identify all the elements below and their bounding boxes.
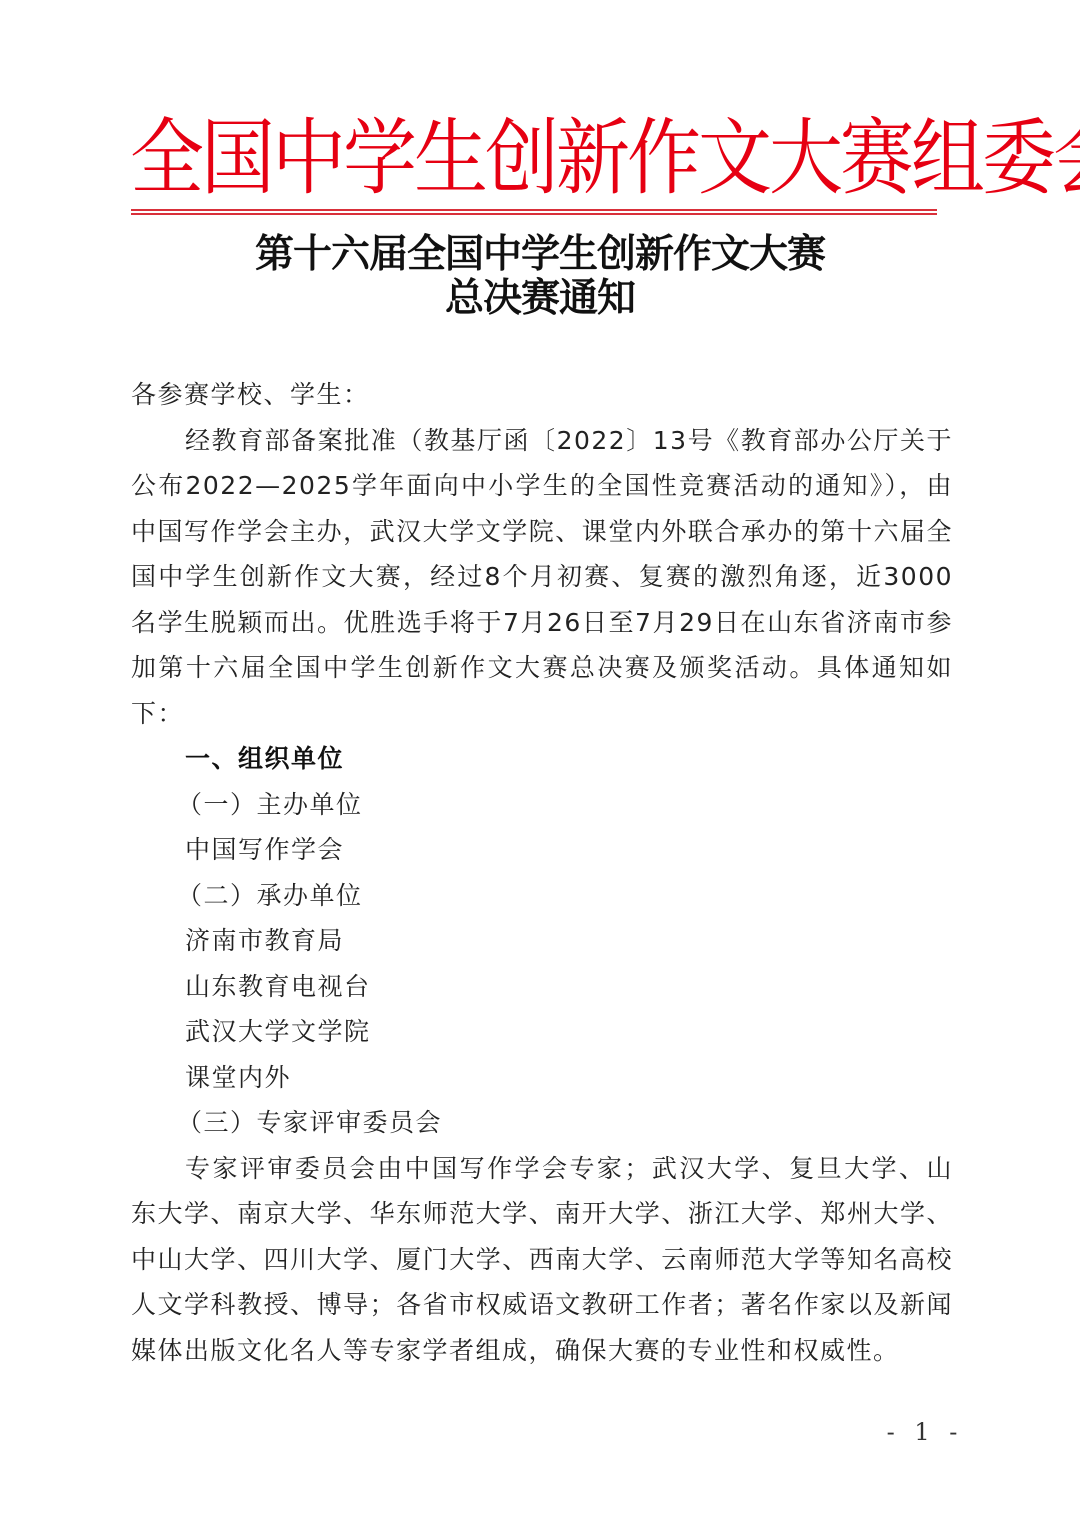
page-number: - 1 - <box>880 1418 970 1446</box>
intro-paragraph: 经教育部备案批准（教基厅函〔2022〕13号《教育部办公厅关于公布2022—20… <box>131 418 953 737</box>
co-organizer-item: 山东教育电视台 <box>131 964 953 1010</box>
organization-letterhead: 全国中学生创新作文大赛组委会 <box>130 108 938 209</box>
document-title-line-2: 总决赛通知 <box>0 276 1080 320</box>
expert-committee-paragraph: 专家评审委员会由中国写作学会专家；武汉大学、复旦大学、山东大学、南京大学、华东师… <box>131 1146 953 1374</box>
co-organizer-item: 武汉大学文学院 <box>131 1009 953 1055</box>
host-organization: 中国写作学会 <box>131 827 953 873</box>
subsection-label-co-organizers: （二）承办单位 <box>131 873 953 919</box>
document-title: 第十六届全国中学生创新作文大赛 总决赛通知 <box>0 232 1080 320</box>
separator-line-top <box>131 209 937 211</box>
document-title-line-1: 第十六届全国中学生创新作文大赛 <box>0 232 1080 276</box>
subsection-label-expert-committee: （三）专家评审委员会 <box>131 1100 953 1146</box>
document-body: 各参赛学校、学生： 经教育部备案批准（教基厅函〔2022〕13号《教育部办公厅关… <box>131 372 953 1373</box>
document-page: 全国中学生创新作文大赛组委会 第十六届全国中学生创新作文大赛 总决赛通知 各参赛… <box>0 0 1080 1527</box>
letterhead-red-separator <box>131 209 937 216</box>
separator-line-bottom <box>131 213 937 215</box>
co-organizer-item: 课堂内外 <box>131 1055 953 1101</box>
subsection-label-host: （一）主办单位 <box>131 782 953 828</box>
co-organizer-item: 济南市教育局 <box>131 918 953 964</box>
section-heading-organizers: 一、组织单位 <box>131 736 953 782</box>
salutation: 各参赛学校、学生： <box>131 372 953 418</box>
